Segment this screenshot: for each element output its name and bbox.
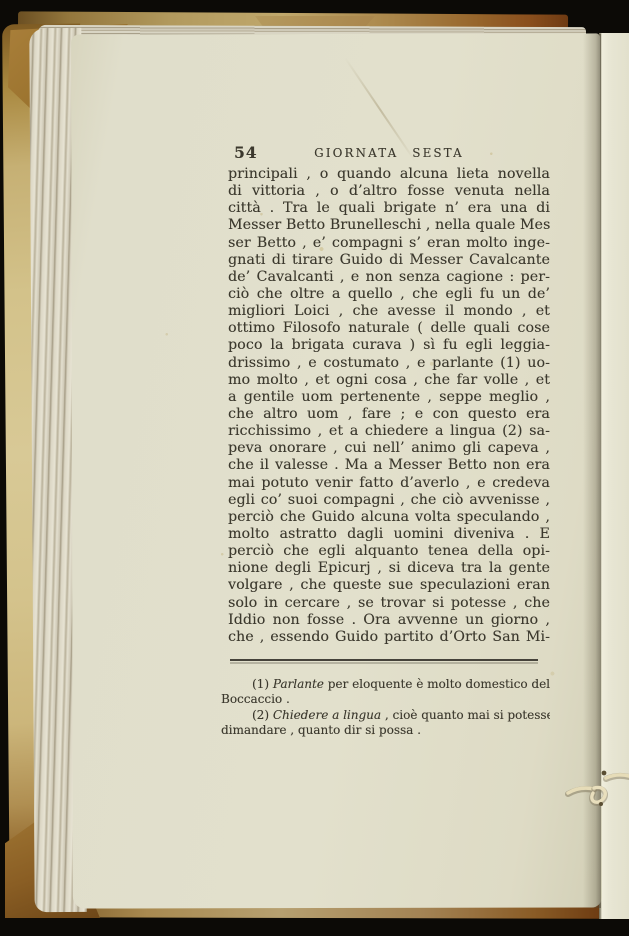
text-line: drissimo , e costumato , e parlante (1) …: [228, 355, 550, 372]
text-line: principali , o quando alcuna lieta novel…: [228, 166, 550, 183]
text-line: nione degli Epicurj , si diceva tra la g…: [228, 560, 550, 577]
text-line: solo in cercare , se trovar si potesse ,…: [228, 595, 550, 612]
footnotes: (1) Parlante per eloquente è molto domes…: [228, 677, 550, 737]
text-line: mai potuto venir fatto d’averlo , e cred…: [228, 475, 550, 492]
binding-thread: [554, 760, 629, 812]
text-line: molto astratto dagli uomini diveniva . E: [228, 526, 550, 543]
text-line: ricchissimo , et a chiedere a lingua (2)…: [228, 423, 550, 440]
body-text: principali , o quando alcuna lieta novel…: [228, 166, 550, 646]
text-line: ser Betto , e’ compagni s’ eran molto in…: [228, 235, 550, 252]
footnote-term: Parlante: [273, 677, 324, 691]
text-line: perciò che egli alquanto tenea della opi…: [228, 543, 550, 560]
page-header-row: 54 GIORNATA SESTA: [228, 143, 550, 163]
text-line: poco la brigata curava ) sì fu egli legg…: [228, 337, 550, 354]
text-line: peva onorare , cui nell’ animo gli capev…: [228, 440, 550, 457]
book-scan-stage: 54 GIORNATA SESTA principali , o quando …: [0, 0, 629, 936]
text-line: egli co’ suoi compagni , che ciò avvenis…: [228, 492, 550, 509]
text-line: volgare , che queste sue speculazioni er…: [228, 577, 550, 594]
text-line: che , essendo Guido partito d’Orto San M…: [228, 629, 550, 646]
text-line: Iddio non fosse . Ora avvenne un giorno …: [228, 612, 550, 629]
footnote-text: per eloquente è molto domestico del: [328, 677, 550, 691]
page-number: 54: [234, 143, 258, 162]
footnote-rule: [230, 659, 538, 661]
text-line: di vittoria , o d’altro fosse venuta nel…: [228, 183, 550, 200]
text-line: de’ Cavalcanti , e non senza cagione : p…: [228, 269, 550, 286]
text-line: mo molto , et ogni cosa , che far volle …: [228, 372, 550, 389]
footnote-line: (1) Parlante per eloquente è molto domes…: [228, 677, 550, 692]
text-line: che altro uom , fare ; e con questo era: [228, 406, 550, 423]
running-header: GIORNATA SESTA: [228, 143, 550, 160]
text-line: migliori Loici , che avesse il mondo , e…: [228, 303, 550, 320]
footnote-text: , cioè quanto mai si potesse: [385, 708, 550, 722]
text-line: che il valesse . Ma a Messer Betto non e…: [228, 457, 550, 474]
footnote-marker: (1): [252, 677, 269, 691]
footnote-line: (2) Chiedere a lingua , cioè quanto mai …: [228, 708, 550, 723]
footnote-marker: (2): [252, 708, 269, 722]
text-line: ciò che oltre a quello , che egli fu un …: [228, 286, 550, 303]
text-line: perciò che Guido alcuna volta speculando…: [228, 509, 550, 526]
text-line: Messer Betto Brunelleschi , nella quale …: [228, 217, 550, 234]
text-line: città . Tra le quali brigate n’ era una …: [228, 200, 550, 217]
text-line: gnati di tirare Guido di Messer Cavalcan…: [228, 252, 550, 269]
footnote-line: Boccaccio .: [221, 692, 550, 707]
page-text-block: 54 GIORNATA SESTA principali , o quando …: [228, 143, 550, 737]
text-line: a gentile uom pertenente , seppe meglio …: [228, 389, 550, 406]
footnote-line: dimandare , quanto dir si possa .: [221, 723, 550, 738]
footnote-term: Chiedere a lingua: [273, 708, 381, 722]
text-line: ottimo Filosofo naturale ( delle quali c…: [228, 320, 550, 337]
